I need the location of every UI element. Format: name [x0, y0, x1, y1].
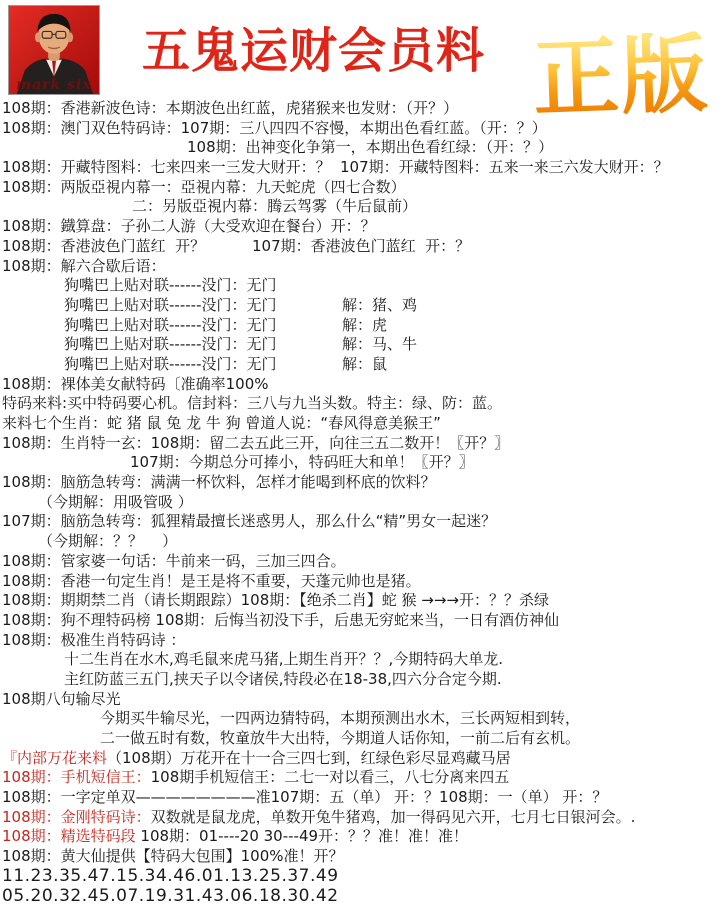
- number-line: 11.23.35.47.15.34.46.01.13.25.37.49: [2, 867, 721, 887]
- line-text: 双数就是鼠龙虎，单数开兔牛猪鸡，加一得码见六开，七月七日银河会。.: [151, 808, 636, 828]
- line-text: 108期：香港波色门蓝红 开？: [2, 237, 252, 257]
- text-line: 今期买牛输尽光，一四两边猜特码，本期预测出水木，三长两短相到转，: [2, 709, 721, 729]
- line-text: 11.23.35.47.15.34.46.01.13.25.37.49: [2, 867, 339, 887]
- red-label: 108期：金刚特码诗：: [2, 808, 151, 828]
- line-text: 狗嘴巴上贴对联------没门：无门: [64, 296, 342, 316]
- line-text: 解：鼠: [342, 355, 387, 375]
- red-label: 108期：精选特码段: [2, 827, 140, 847]
- line-text: 108期：极准生肖特码诗 ：: [2, 631, 185, 651]
- line-text: 108期：香港一句定生肖！是王是将不重要，天蓬元帅也是猪。: [2, 572, 421, 592]
- line-text: 二：另版亞視内幕：腾云驾雾（牛后鼠前）: [132, 197, 417, 217]
- text-line: 108期：精选特码段 108期：01----20 30---49开：？？准！准！…: [2, 827, 721, 847]
- line-text: 108期：一字定单双————————准107期：五（单） 开：？: [2, 788, 439, 808]
- line-text: 主红防蓝三五门,挟天子以令诸侯,特段必在18-38,四六分合定今期.: [64, 670, 502, 690]
- line-text: 108期：鐡算盘：子孙二人游（大受欢迎在餐台）开：？: [2, 217, 376, 237]
- text-line: 狗嘴巴上贴对联------没门：无门解：猪、鸡: [2, 296, 721, 316]
- red-label: 『内部万花来料: [2, 749, 107, 769]
- line-text: （108期）万花开在十一合三四七到，红绿色彩尽显鸡藏马居: [107, 749, 511, 769]
- text-line: 狗嘴巴上贴对联------没门：无门解：鼠: [2, 355, 721, 375]
- text-line: 十二生肖在水木,鸡毛鼠来虎马猪,上期生肖开？？,今期特码大单龙.: [2, 650, 721, 670]
- text-line: 108期：香港一句定生肖！是王是将不重要，天蓬元帅也是猪。: [2, 572, 721, 592]
- line-text: 今期买牛输尽光，一四两边猜特码，本期预测出水木，三长两短相到转，: [100, 709, 580, 729]
- text-line: 108期：香港新波色诗：本期波色出红蓝，虎猪猴来也发财：（开？）: [2, 99, 721, 119]
- line-text: 狗嘴巴上贴对联------没门：无门: [64, 276, 342, 296]
- text-line: 108期：鐡算盘：子孙二人游（大受欢迎在餐台）开：？: [2, 217, 721, 237]
- text-line: 107期：今期总分可捧小，特码旺大和单！〖开？〗: [2, 453, 721, 473]
- text-line: 108期：生肖特一玄：108期：留二去五此三开，向往三五二数开！〖开？〗: [2, 434, 721, 454]
- line-text: 108期：开藏特图料：七来四来一三发大财开：？: [2, 158, 340, 178]
- text-line: 狗嘴巴上贴对联------没门：无门: [2, 276, 721, 296]
- text-line: 108期：手机短信王：108期手机短信王：二七一对以看三，八七分离来四五: [2, 768, 721, 788]
- line-text: 108期：解六合歇后语：: [2, 257, 166, 277]
- text-line: 108期：香港波色门蓝红 开？107期：香港波色门蓝红 开：？: [2, 237, 721, 257]
- text-line: 狗嘴巴上贴对联------没门：无门解：马、牛: [2, 335, 721, 355]
- line-text: 107期：脑筋急转弯：狐狸精最擅长迷惑男人，那么什么“精”男女一起迷？: [2, 512, 496, 532]
- text-line: 二一做五时有数，牧童放牛大出特，今期道人话你知，一前二后有玄机。: [2, 729, 721, 749]
- number-line: 05.20.32.45.07.19.31.43.06.18.30.42: [2, 887, 721, 907]
- text-line: 108期：黄大仙提供【特码大包围】100%准！开？: [2, 847, 721, 867]
- line-text: 108期八句输尽光: [2, 690, 121, 710]
- red-label: 108期：手机短信王：: [2, 768, 151, 788]
- line-text: 狗嘴巴上贴对联------没门：无门: [64, 316, 342, 336]
- line-text: 解：马、牛: [342, 335, 417, 355]
- text-line: 108期：澳门双色特码诗：107期：三八四四不容慢，本期出色看红蓝。（开：？）: [2, 119, 721, 139]
- line-text: 十二生肖在水木,鸡毛鼠来虎马猪,上期生肖开？？,今期特码大单龙.: [64, 650, 503, 670]
- line-text: 108期：一（单） 开：？: [439, 788, 607, 808]
- line-text: 108期：裸体美女献特码〔准确率100%: [2, 375, 269, 395]
- line-text: 解：虎: [342, 316, 387, 336]
- line-text: 108期：01----20 30---49开：？？准！准！准！: [140, 827, 468, 847]
- text-line: 108期：一字定单双————————准107期：五（单） 开：？108期：一（单…: [2, 788, 721, 808]
- text-line: 『内部万花来料（108期）万花开在十一合三四七到，红绿色彩尽显鸡藏马居: [2, 749, 721, 769]
- line-text: 107期：香港波色门蓝红 开：？: [252, 237, 470, 257]
- line-text: 108期：管家婆一句话：牛前来一码，三加三四合。: [2, 552, 346, 572]
- text-line: 108期：出神变化争第一，本期出色看红绿：（开：？）: [2, 138, 721, 158]
- text-line: 108期：极准生肖特码诗 ：: [2, 631, 721, 651]
- page-title: 五鬼运财会员料: [142, 24, 485, 79]
- line-text: 狗嘴巴上贴对联------没门：无门: [64, 335, 342, 355]
- text-line: 108期：管家婆一句话：牛前来一码，三加三四合。: [2, 552, 721, 572]
- line-text: 107期：今期总分可捧小，特码旺大和单！〖开？〗: [130, 453, 474, 473]
- line-text: 解：猪、鸡: [342, 296, 417, 316]
- line-text: 108期：狗不理特码榜 108期：后悔当初没下手，后患无穷蛇来当，一日有酒仿神仙: [2, 611, 559, 631]
- text-line: 108期：解六合歇后语：: [2, 257, 721, 277]
- line-text: 108期：出神变化争第一，本期出色看红绿：（开：？）: [187, 138, 553, 158]
- line-text: 108期：两版亞視内幕一：亞視内幕：九天蛇虎（四七合数）: [2, 178, 406, 198]
- line-text: 05.20.32.45.07.19.31.43.06.18.30.42: [2, 887, 339, 907]
- text-line: 主红防蓝三五门,挟天子以令诸侯,特段必在18-38,四六分合定今期.: [2, 670, 721, 690]
- text-line: 特码来料:买中特码要心机。信封料：三八与九当头数。特主：绿、防：蓝。: [2, 394, 721, 414]
- line-text: 108期：香港新波色诗：本期波色出红蓝，虎猪猴来也发财：（开？）: [2, 99, 458, 119]
- text-line: 108期：裸体美女献特码〔准确率100%: [2, 375, 721, 395]
- text-line: 108期：开藏特图料：七来四来一三发大财开：？107期：开藏特图料：五来一来三六…: [2, 158, 721, 178]
- line-text: 107期：开藏特图料：五来一来三六发大财开：？: [340, 158, 669, 178]
- line-text: （今期解：？？ ）: [38, 532, 177, 552]
- line-text: 108期：澳门双色特码诗：107期：三八四四不容慢，本期出色看红蓝。（开：？）: [2, 119, 547, 139]
- text-line: 108期：脑筋急转弯：满满一杯饮料，怎样才能喝到杯底的饮料？: [2, 473, 721, 493]
- text-line: （今期解：？？ ）: [2, 532, 721, 552]
- line-text: 特码来料:买中特码要心机。信封料：三八与九当头数。特主：绿、防：蓝。: [2, 394, 502, 414]
- text-line: 108期：金刚特码诗：双数就是鼠龙虎，单数开兔牛猪鸡，加一得码见六开，七月七日银…: [2, 808, 721, 828]
- text-line: 108期：两版亞視内幕一：亞視内幕：九天蛇虎（四七合数）: [2, 178, 721, 198]
- line-text: 108期：黄大仙提供【特码大包围】100%准！开？: [2, 847, 344, 867]
- line-text: 狗嘴巴上贴对联------没门：无门: [64, 355, 342, 375]
- text-line: 107期：脑筋急转弯：狐狸精最擅长迷惑男人，那么什么“精”男女一起迷？: [2, 512, 721, 532]
- text-line: 108期：狗不理特码榜 108期：后悔当初没下手，后患无穷蛇来当，一日有酒仿神仙: [2, 611, 721, 631]
- line-text: 108期：期期禁二肖（请长期跟踪）108期：【绝杀二肖】蛇 猴 →→→开：？？杀…: [2, 591, 549, 611]
- text-line: 108期八句输尽光: [2, 690, 721, 710]
- line-text: 108期：生肖特一玄：108期：留二去五此三开，向往三五二数开！〖开？〗: [2, 434, 509, 454]
- text-line: 狗嘴巴上贴对联------没门：无门解：虎: [2, 316, 721, 336]
- text-line: 二：另版亞視内幕：腾云驾雾（牛后鼠前）: [2, 197, 721, 217]
- photo-watermark: mark six: [9, 77, 99, 93]
- line-text: 108期手机短信王：二七一对以看三，八七分离来四五: [151, 768, 510, 788]
- content-area: 108期：香港新波色诗：本期波色出红蓝，虎猪猴来也发财：（开？）108期：澳门双…: [2, 99, 721, 906]
- line-text: 二一做五时有数，牧童放牛大出特，今期道人话你知，一前二后有玄机。: [100, 729, 580, 749]
- line-text: （今期解：用吸管吸 ）: [38, 493, 193, 513]
- tipster-portrait-photo: mark six: [8, 5, 100, 95]
- text-line: （今期解：用吸管吸 ）: [2, 493, 721, 513]
- line-text: 来料七个生肖：蛇 猪 鼠 兔 龙 牛 狗 曾道人说：“春风得意美猴王”: [2, 414, 441, 434]
- text-line: 来料七个生肖：蛇 猪 鼠 兔 龙 牛 狗 曾道人说：“春风得意美猴王”: [2, 414, 721, 434]
- header: mark six 五鬼运财会员料 正版: [0, 0, 723, 100]
- line-text: 108期：脑筋急转弯：满满一杯饮料，怎样才能喝到杯底的饮料？: [2, 473, 436, 493]
- text-line: 108期：期期禁二肖（请长期跟踪）108期：【绝杀二肖】蛇 猴 →→→开：？？杀…: [2, 591, 721, 611]
